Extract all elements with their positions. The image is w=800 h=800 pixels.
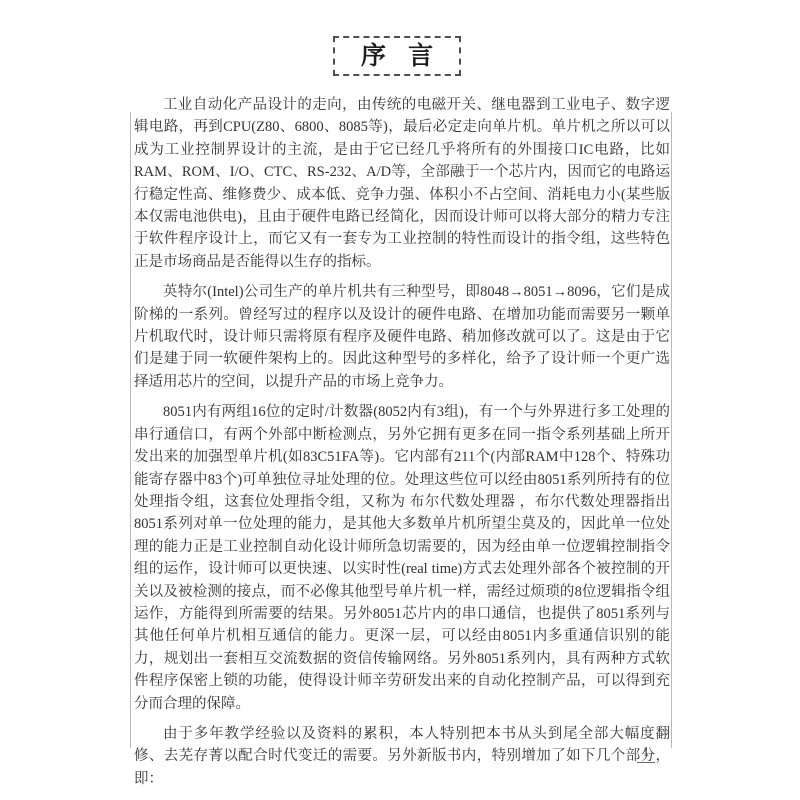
left-margin-line <box>130 112 131 748</box>
right-margin-line <box>671 112 672 748</box>
book-page: 序 言 工业自动化产品设计的走向，由传统的电磁开关、继电器到工业电子、数字逻辑电… <box>0 0 800 800</box>
page-number: 1 <box>637 745 655 763</box>
paragraph-4: 由于多年教学经验以及资料的累积，本人特别把本书从头到尾全部大幅度翻修、去芜存菁以… <box>134 723 670 790</box>
paragraph-3: 8051内有两组16位的定时/计数器(8052内有3组)，有一个与外界进行多工处… <box>134 401 670 715</box>
preface-title-box: 序 言 <box>333 36 461 76</box>
paragraph-2: 英特尔(Intel)公司生产的单片机共有三种型号，即8048→8051→8096… <box>134 281 670 393</box>
preface-body: 工业自动化产品设计的走向，由传统的电磁开关、继电器到工业电子、数字逻辑电路，再到… <box>134 94 670 798</box>
page-title: 序 言 <box>353 44 441 69</box>
paragraph-1: 工业自动化产品设计的走向，由传统的电磁开关、继电器到工业电子、数字逻辑电路，再到… <box>134 94 670 273</box>
